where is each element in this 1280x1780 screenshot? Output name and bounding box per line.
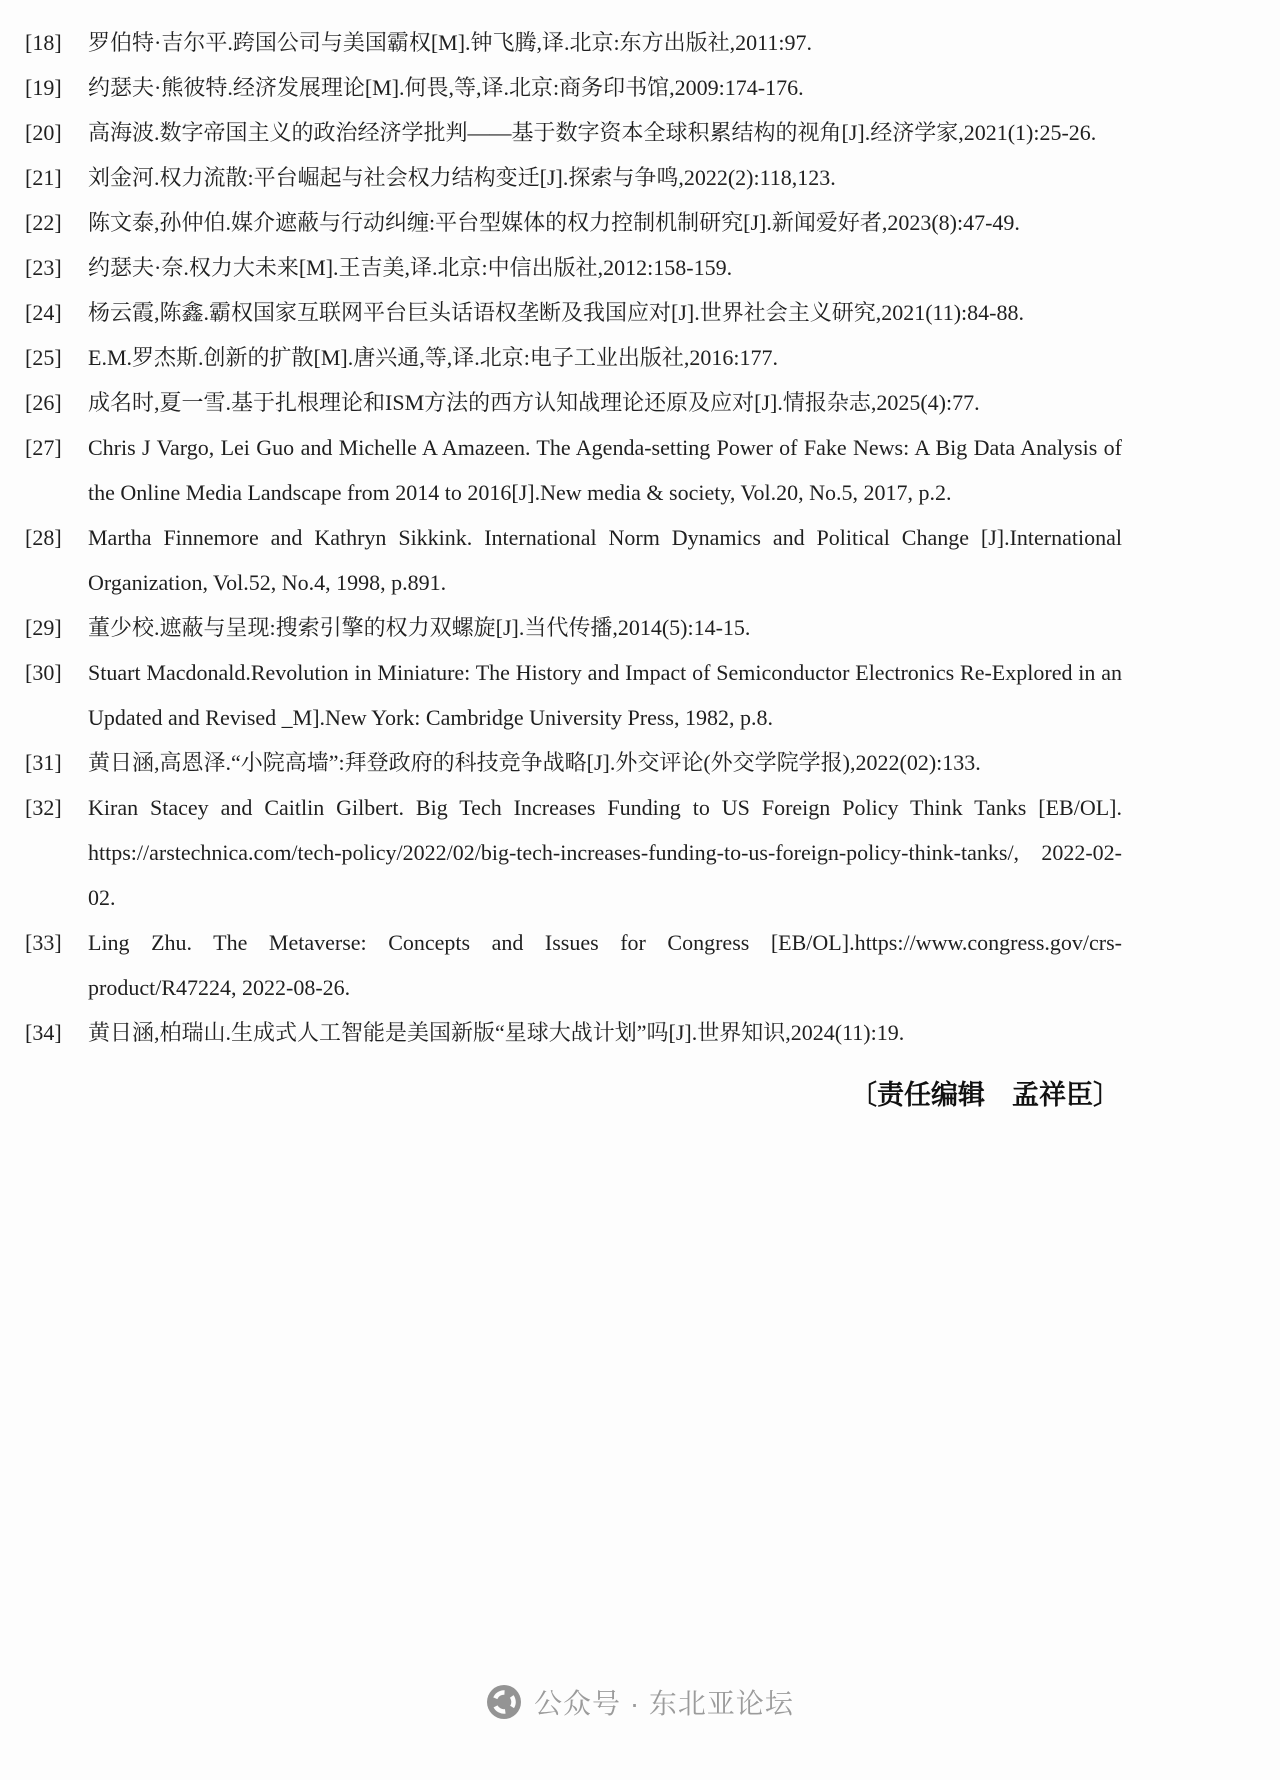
reference-text: 杨云霞,陈鑫.霸权国家互联网平台巨头话语权垄断及我国应对[J].世界社会主义研究… [88,300,1024,325]
reference-number: [31] [25,740,62,785]
reference-number: [32] [25,785,62,830]
reference-text: Martha Finnemore and Kathryn Sikkink. In… [88,525,1122,595]
wechat-official-account-icon [486,1684,522,1720]
reference-item: [26]成名时,夏一雪.基于扎根理论和ISM方法的西方认知战理论还原及应对[J]… [25,380,1122,425]
reference-number: [28] [25,515,62,560]
reference-item: [34]黄日涵,柏瑞山.生成式人工智能是美国新版“星球大战计划”吗[J].世界知… [25,1010,1122,1055]
reference-number: [20] [25,110,62,155]
reference-number: [25] [25,335,62,380]
reference-item: [29]董少校.遮蔽与呈现:搜索引擎的权力双螺旋[J].当代传播,2014(5)… [25,605,1122,650]
reference-item: [23]约瑟夫·奈.权力大未来[M].王吉美,译.北京:中信出版社,2012:1… [25,245,1122,290]
reference-text: 高海波.数字帝国主义的政治经济学批判——基于数字资本全球积累结构的视角[J].经… [88,120,1096,145]
reference-number: [33] [25,920,62,965]
reference-item: [33]Ling Zhu. The Metaverse: Concepts an… [25,920,1122,1010]
reference-number: [27] [25,425,62,470]
reference-text: 黄日涵,柏瑞山.生成式人工智能是美国新版“星球大战计划”吗[J].世界知识,20… [88,1020,904,1045]
editor-note: 〔责任编辑 孟祥臣〕 [0,1073,1120,1118]
reference-number: [19] [25,65,62,110]
reference-text: 黄日涵,高恩泽.“小院高墙”:拜登政府的科技竞争战略[J].外交评论(外交学院学… [88,750,981,775]
reference-number: [34] [25,1010,62,1055]
reference-item: [28]Martha Finnemore and Kathryn Sikkink… [25,515,1122,605]
reference-item: [27]Chris J Vargo, Lei Guo and Michelle … [25,425,1122,515]
reference-number: [30] [25,650,62,695]
reference-text: Stuart Macdonald.Revolution in Miniature… [88,660,1122,730]
reference-text: 罗伯特·吉尔平.跨国公司与美国霸权[M].钟飞腾,译.北京:东方出版社,2011… [88,30,812,55]
reference-text: Ling Zhu. The Metaverse: Concepts and Is… [88,930,1122,1000]
reference-number: [23] [25,245,62,290]
reference-item: [18]罗伯特·吉尔平.跨国公司与美国霸权[M].钟飞腾,译.北京:东方出版社,… [25,20,1122,65]
reference-text: 约瑟夫·奈.权力大未来[M].王吉美,译.北京:中信出版社,2012:158-1… [88,255,732,280]
reference-item: [30]Stuart Macdonald.Revolution in Minia… [25,650,1122,740]
reference-number: [22] [25,200,62,245]
reference-text: 约瑟夫·熊彼特.经济发展理论[M].何畏,等,译.北京:商务印书馆,2009:1… [88,75,804,100]
reference-text: 刘金河.权力流散:平台崛起与社会权力结构变迁[J].探索与争鸣,2022(2):… [88,165,836,190]
reference-text: 陈文泰,孙仲伯.媒介遮蔽与行动纠缠:平台型媒体的权力控制机制研究[J].新闻爱好… [88,210,1020,235]
reference-text: 成名时,夏一雪.基于扎根理论和ISM方法的西方认知战理论还原及应对[J].情报杂… [88,390,980,415]
watermark: 公众号 · 东北亚论坛 [0,1682,1280,1722]
document-page: [18]罗伯特·吉尔平.跨国公司与美国霸权[M].钟飞腾,译.北京:东方出版社,… [0,0,1280,1780]
reference-item: [24]杨云霞,陈鑫.霸权国家互联网平台巨头话语权垄断及我国应对[J].世界社会… [25,290,1122,335]
reference-item: [22]陈文泰,孙仲伯.媒介遮蔽与行动纠缠:平台型媒体的权力控制机制研究[J].… [25,200,1122,245]
reference-item: [25]E.M.罗杰斯.创新的扩散[M].唐兴通,等,译.北京:电子工业出版社,… [25,335,1122,380]
reference-item: [20]高海波.数字帝国主义的政治经济学批判——基于数字资本全球积累结构的视角[… [25,110,1122,155]
reference-number: [24] [25,290,62,335]
reference-item: [31]黄日涵,高恩泽.“小院高墙”:拜登政府的科技竞争战略[J].外交评论(外… [25,740,1122,785]
reference-number: [18] [25,20,62,65]
reference-item: [32]Kiran Stacey and Caitlin Gilbert. Bi… [25,785,1122,920]
reference-text: 董少校.遮蔽与呈现:搜索引擎的权力双螺旋[J].当代传播,2014(5):14-… [88,615,750,640]
reference-text: E.M.罗杰斯.创新的扩散[M].唐兴通,等,译.北京:电子工业出版社,2016… [88,345,778,370]
reference-item: [21]刘金河.权力流散:平台崛起与社会权力结构变迁[J].探索与争鸣,2022… [25,155,1122,200]
reference-text: Chris J Vargo, Lei Guo and Michelle A Am… [88,435,1122,505]
reference-number: [21] [25,155,62,200]
reference-number: [29] [25,605,62,650]
reference-list: [18]罗伯特·吉尔平.跨国公司与美国霸权[M].钟飞腾,译.北京:东方出版社,… [0,0,1280,1055]
reference-text: Kiran Stacey and Caitlin Gilbert. Big Te… [88,795,1122,910]
reference-item: [19]约瑟夫·熊彼特.经济发展理论[M].何畏,等,译.北京:商务印书馆,20… [25,65,1122,110]
reference-number: [26] [25,380,62,425]
watermark-text: 公众号 · 东北亚论坛 [534,1682,794,1722]
